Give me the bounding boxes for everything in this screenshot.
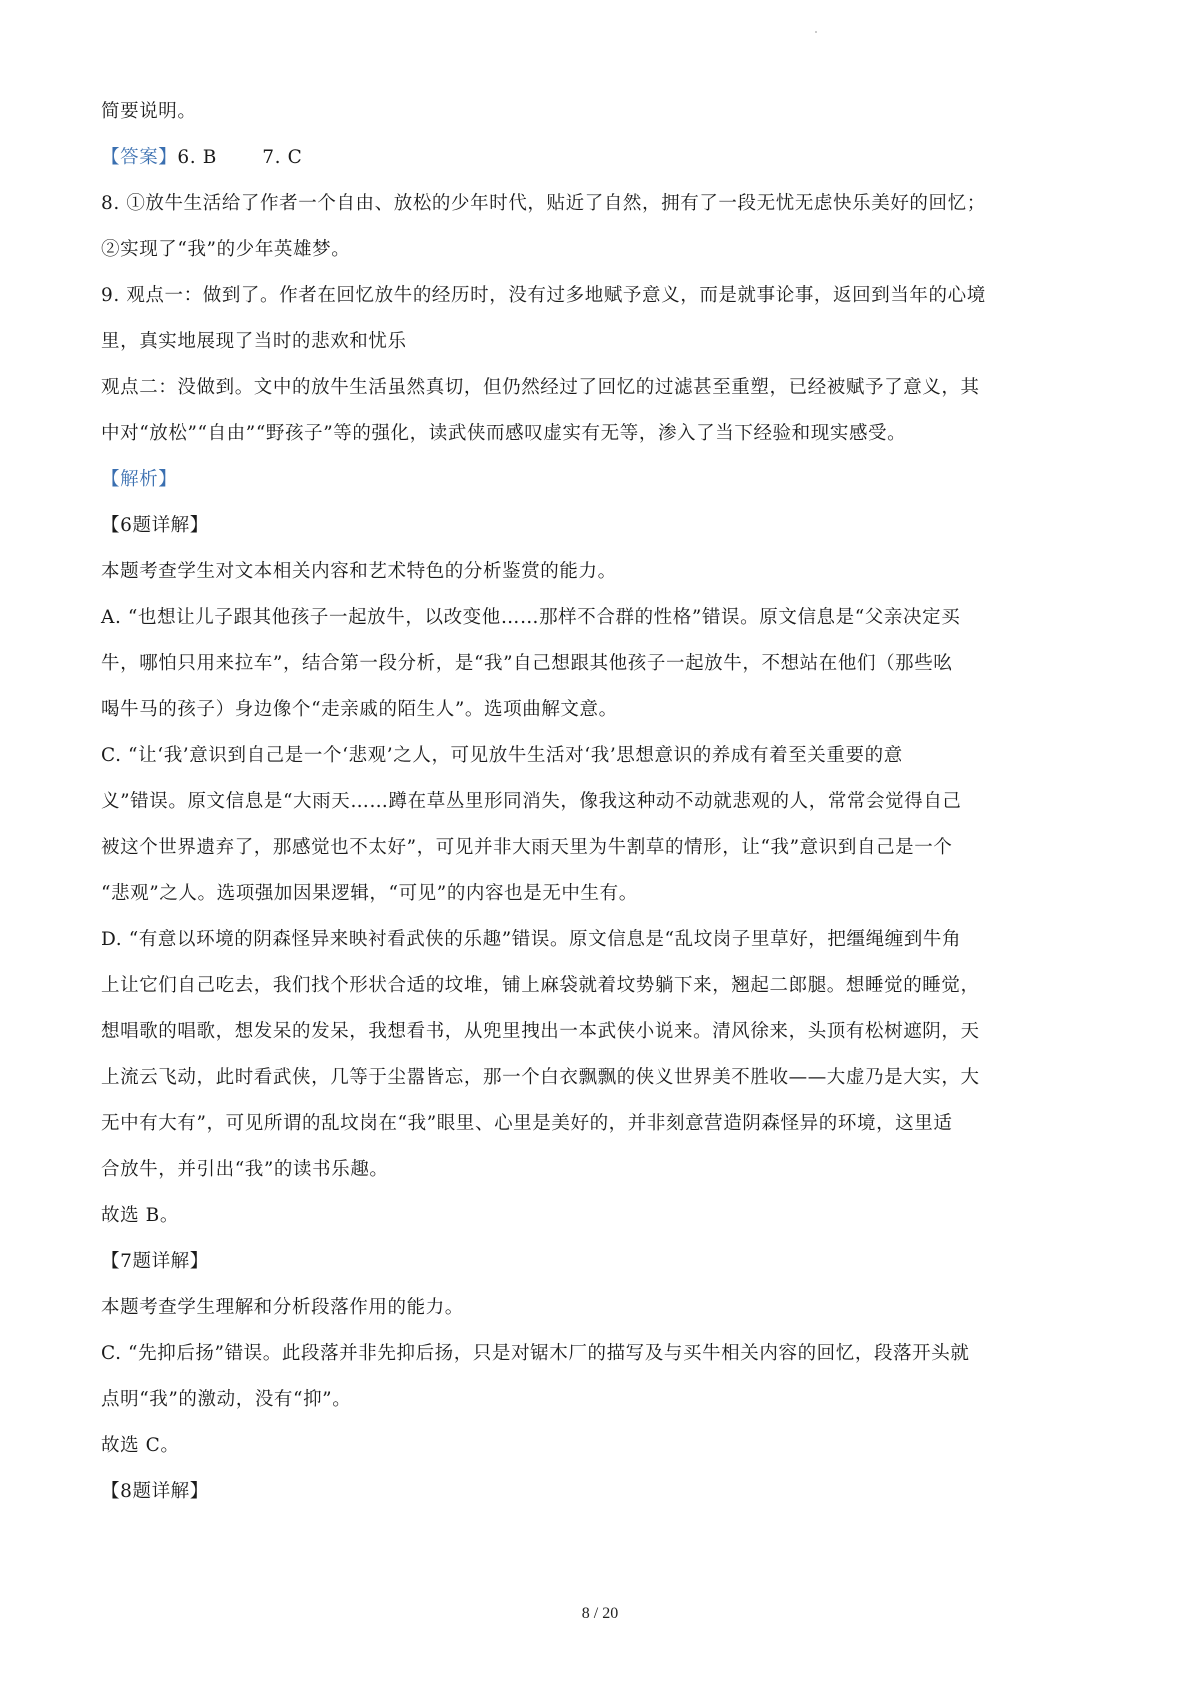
text-line: 观点二：没做到。文中的放牛生活虽然真切，但仍然经过了回忆的过滤甚至重塑，已经被赋… bbox=[101, 376, 980, 400]
text-line: C. “先抑后扬”错误。此段落并非先抑后扬，只是对锯木厂的描写及与买牛相关内容的… bbox=[101, 1342, 969, 1366]
line-text: 8. ①放牛生活给了作者一个自由、放松的少年时代，贴近了自然，拥有了一段无忧无虑… bbox=[101, 193, 986, 214]
text-line: 本题考查学生对文本相关内容和艺术特色的分析鉴赏的能力。 bbox=[101, 560, 617, 584]
text-line: 中对“放松”“自由”“野孩子”等的强化，读武侠而感叹虚实有无等，渗入了当下经验和… bbox=[101, 422, 906, 446]
line-text: 点明“我”的激动，没有“抑”。 bbox=[101, 1389, 351, 1410]
line-text: 本题考查学生理解和分析段落作用的能力。 bbox=[101, 1297, 464, 1318]
line-text: 简要说明。 bbox=[101, 101, 197, 122]
conclusion-line: 故选 C。 bbox=[101, 1434, 180, 1458]
line-text: C. “让‘我’意识到自己是一个‘悲观’之人，可见放牛生活对‘我’思想意识的养成… bbox=[101, 745, 903, 766]
line-text: 故选 C。 bbox=[101, 1435, 180, 1456]
answer-label: 【答案】 bbox=[101, 147, 177, 168]
answer-line: 【答案】6. B 7. C bbox=[101, 146, 302, 170]
line-text: 【6题详解】 bbox=[101, 515, 209, 536]
line-text: ②实现了“我”的少年英雄梦。 bbox=[101, 239, 350, 260]
line-text: 上流云飞动，此时看武侠，几等于尘嚣皆忘，那一个白衣飘飘的侠义世界美不胜收——大虚… bbox=[101, 1067, 980, 1088]
line-text: 牛，哪怕只用来拉车”，结合第一段分析，是“我”自己想跟其他孩子一起放牛，不想站在… bbox=[101, 653, 952, 674]
text-line: 上流云飞动，此时看武侠，几等于尘嚣皆忘，那一个白衣飘飘的侠义世界美不胜收——大虚… bbox=[101, 1066, 980, 1090]
line-text: 本题考查学生对文本相关内容和艺术特色的分析鉴赏的能力。 bbox=[101, 561, 617, 582]
line-text: D. “有意以环境的阴森怪异来映衬看武侠的乐趣”错误。原文信息是“乱坟岗子里草好… bbox=[101, 929, 961, 950]
text-line: 8. ①放牛生活给了作者一个自由、放松的少年时代，贴近了自然，拥有了一段无忧无虑… bbox=[101, 192, 986, 216]
line-text: 想唱歌的唱歌，想发呆的发呆，我想看书，从兜里拽出一本武侠小说来。清风徐来，头顶有… bbox=[101, 1021, 980, 1042]
line-text: A. “也想让儿子跟其他孩子一起放牛，以改变他……那样不合群的性格”错误。原文信… bbox=[101, 607, 960, 628]
line-text: 【8题详解】 bbox=[101, 1481, 209, 1502]
line-text: 被这个世界遗弃了，那感觉也不太好”，可见并非大雨天里为牛割草的情形，让“我”意识… bbox=[101, 837, 952, 858]
line-text: 无中有大有”，可见所谓的乱坟岗在“我”眼里、心里是美好的，并非刻意营造阴森怪异的… bbox=[101, 1113, 952, 1134]
line-text: 义”错误。原文信息是“大雨天……蹲在草丛里形同消失，像我这种动不动就悲观的人，常… bbox=[101, 791, 962, 812]
text-line: ②实现了“我”的少年英雄梦。 bbox=[101, 238, 350, 262]
conclusion-line: 故选 B。 bbox=[101, 1204, 179, 1228]
text-line: 合放牛，并引出“我”的读书乐趣。 bbox=[101, 1158, 389, 1182]
line-text: C. “先抑后扬”错误。此段落并非先抑后扬，只是对锯木厂的描写及与买牛相关内容的… bbox=[101, 1343, 969, 1364]
text-line: 里，真实地展现了当时的悲欢和忧乐 bbox=[101, 330, 407, 354]
analysis-label: 【解析】 bbox=[101, 469, 177, 490]
text-line: C. “让‘我’意识到自己是一个‘悲观’之人，可见放牛生活对‘我’思想意识的养成… bbox=[101, 744, 903, 768]
page-number: 8 / 20 bbox=[0, 1605, 1200, 1623]
text-line: 义”错误。原文信息是“大雨天……蹲在草丛里形同消失，像我这种动不动就悲观的人，常… bbox=[101, 790, 962, 814]
line-text: 观点二：没做到。文中的放牛生活虽然真切，但仍然经过了回忆的过滤甚至重塑，已经被赋… bbox=[101, 377, 980, 398]
text-line: 想唱歌的唱歌，想发呆的发呆，我想看书，从兜里拽出一本武侠小说来。清风徐来，头顶有… bbox=[101, 1020, 980, 1044]
line-text: 合放牛，并引出“我”的读书乐趣。 bbox=[101, 1159, 389, 1180]
text-line: 本题考查学生理解和分析段落作用的能力。 bbox=[101, 1296, 464, 1320]
text-line: 牛，哪怕只用来拉车”，结合第一段分析，是“我”自己想跟其他孩子一起放牛，不想站在… bbox=[101, 652, 952, 676]
text-line: A. “也想让儿子跟其他孩子一起放牛，以改变他……那样不合群的性格”错误。原文信… bbox=[101, 606, 960, 630]
line-text: 9. 观点一：做到了。作者在回忆放牛的经历时，没有过多地赋予意义，而是就事论事，… bbox=[101, 285, 986, 306]
text-line: 9. 观点一：做到了。作者在回忆放牛的经历时，没有过多地赋予意义，而是就事论事，… bbox=[101, 284, 986, 308]
line-text: 喝牛马的孩子）身边像个“走亲戚的陌生人”。选项曲解文意。 bbox=[101, 699, 618, 720]
section-heading-7: 【7题详解】 bbox=[101, 1250, 209, 1274]
line-text: 上让它们自己吃去，我们找个形状合适的坟堆，铺上麻袋就着坟势躺下来，翘起二郎腿。想… bbox=[101, 975, 980, 996]
text-line: “悲观”之人。选项强加因果逻辑，“可见”的内容也是无中生有。 bbox=[101, 882, 638, 906]
line-text: 里，真实地展现了当时的悲欢和忧乐 bbox=[101, 331, 407, 352]
text-line: 上让它们自己吃去，我们找个形状合适的坟堆，铺上麻袋就着坟势躺下来，翘起二郎腿。想… bbox=[101, 974, 980, 998]
text-line: 喝牛马的孩子）身边像个“走亲戚的陌生人”。选项曲解文意。 bbox=[101, 698, 618, 722]
text-line: 点明“我”的激动，没有“抑”。 bbox=[101, 1388, 351, 1412]
analysis-line: 【解析】 bbox=[101, 468, 177, 492]
answer-values: 6. B 7. C bbox=[177, 147, 302, 168]
text-line: 简要说明。 bbox=[101, 100, 197, 124]
line-text: 故选 B。 bbox=[101, 1205, 179, 1226]
line-text: 【7题详解】 bbox=[101, 1251, 209, 1272]
section-heading-6: 【6题详解】 bbox=[101, 514, 209, 538]
scan-speck bbox=[815, 31, 817, 33]
text-line: D. “有意以环境的阴森怪异来映衬看武侠的乐趣”错误。原文信息是“乱坟岗子里草好… bbox=[101, 928, 961, 952]
text-line: 无中有大有”，可见所谓的乱坟岗在“我”眼里、心里是美好的，并非刻意营造阴森怪异的… bbox=[101, 1112, 952, 1136]
section-heading-8: 【8题详解】 bbox=[101, 1480, 209, 1504]
line-text: 中对“放松”“自由”“野孩子”等的强化，读武侠而感叹虚实有无等，渗入了当下经验和… bbox=[101, 423, 906, 444]
text-line: 被这个世界遗弃了，那感觉也不太好”，可见并非大雨天里为牛割草的情形，让“我”意识… bbox=[101, 836, 952, 860]
line-text: “悲观”之人。选项强加因果逻辑，“可见”的内容也是无中生有。 bbox=[101, 883, 638, 904]
